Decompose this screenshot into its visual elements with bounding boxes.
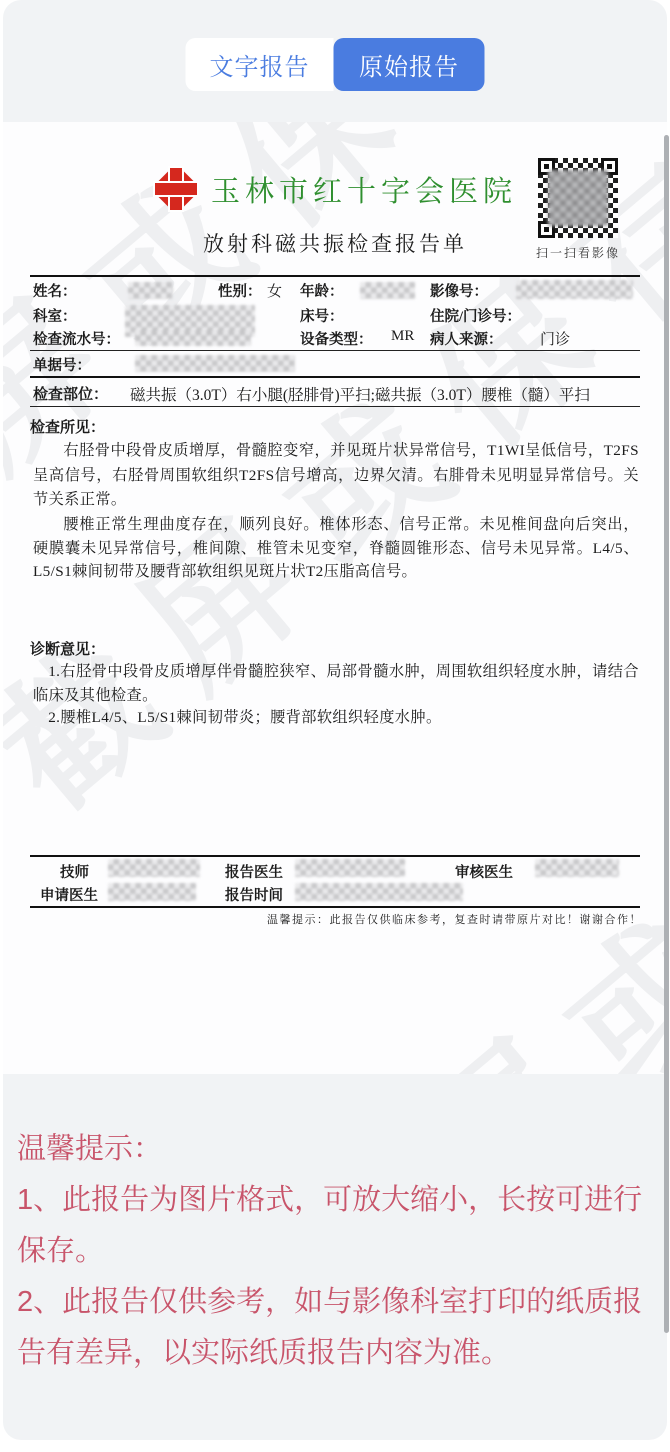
bottom-notice-title: 温馨提示： [17, 1124, 653, 1175]
report-doctor-label: 报告医生 [225, 861, 283, 882]
report-footer-note: 温馨提示：此报告仅供临床参考，复查时请带原片对比！谢谢合作！ [267, 911, 642, 927]
bottom-notice-line: 2、此报告仅供参考，如与影像科室打印的纸质报告有差异，以实际纸质报告内容为准。 [17, 1277, 653, 1379]
report-tabbar: 文字报告 原始报告 [186, 38, 485, 91]
age-label: 年龄： [300, 280, 344, 301]
redacted-value [295, 859, 405, 877]
diagnosis-item: 2.腰椎L4/5、L5/S1棘间韧带炎；腰背部软组织轻度水肿。 [33, 706, 639, 731]
original-report-image[interactable]: 截屏或保存无效 截屏或保存无效 截屏或保存无效 玉林市红十字会医院 放射科磁共振… [3, 122, 667, 1074]
dept-label: 科室： [33, 305, 77, 326]
divider [30, 406, 640, 407]
redacted-value [135, 330, 251, 346]
findings-label: 检查所见： [30, 416, 105, 437]
tab-original-report[interactable]: 原始报告 [334, 38, 485, 91]
redacted-value [535, 859, 619, 877]
redacted-value [108, 859, 200, 877]
findings-paragraph: 右胫骨中段骨皮质增厚，骨髓腔变窄，并见斑片状异常信号，T1WI呈低信号，T2FS… [33, 439, 639, 513]
tab-text-report[interactable]: 文字报告 [186, 38, 334, 91]
redacted-value [128, 282, 173, 299]
patient-source-value: 门诊 [540, 328, 570, 349]
report-card: 文字报告 原始报告 截屏或保存无效 截屏或保存无效 截屏或保存无效 玉林市红十字… [3, 0, 667, 1440]
qr-code [538, 158, 618, 238]
divider [30, 275, 640, 277]
redacted-value [516, 280, 633, 299]
divider [30, 376, 640, 378]
scrollbar[interactable] [664, 135, 669, 1333]
reviewer-label: 审核医生 [455, 861, 513, 882]
image-no-label: 影像号： [430, 280, 488, 301]
redacted-value [548, 170, 608, 226]
device-type-value: MR [391, 328, 414, 345]
exam-part-label: 检查部位： [33, 383, 108, 404]
gender-value: 女 [267, 280, 282, 301]
exam-part-value: 磁共振（3.0T）右小腿(胫腓骨)平扫;磁共振（3.0T）腰椎（髓）平扫 [130, 383, 590, 405]
bottom-notice-line: 1、此报告为图片格式，可放大缩小，长按可进行保存。 [17, 1175, 653, 1277]
redacted-value [108, 883, 196, 901]
requesting-doctor-label: 申请医生 [40, 884, 98, 905]
hospital-name: 玉林市红十字会医院 [211, 169, 517, 210]
divider [30, 350, 640, 351]
serial-no-label: 检查流水号： [33, 328, 120, 349]
bottom-notice: 温馨提示： 1、此报告为图片格式，可放大缩小，长按可进行保存。 2、此报告仅供参… [3, 1124, 667, 1379]
name-label: 姓名： [33, 280, 77, 301]
device-type-label: 设备类型： [300, 328, 373, 349]
gender-label: 性别： [218, 280, 262, 301]
qr-caption: 扫一扫看影像 [520, 244, 636, 261]
diagnosis-item: 1.右胫骨中段骨皮质增厚伴骨髓腔狭窄、局部骨髓水肿，周围软组织轻度水肿，请结合临… [33, 660, 639, 707]
bed-label: 床号： [300, 305, 344, 326]
redacted-value [360, 282, 415, 299]
visit-no-label: 住院/门诊号： [430, 305, 521, 326]
doc-no-label: 单据号： [33, 354, 91, 375]
diagnosis-label: 诊断意见： [30, 638, 105, 659]
red-cross-logo-icon [153, 166, 199, 212]
redacted-value [295, 883, 463, 901]
findings-paragraph: 腰椎正常生理曲度存在，顺列良好。椎体形态、信号正常。未见椎间盘向后突出，硬膜囊未… [33, 513, 639, 584]
divider [30, 855, 640, 857]
divider [30, 906, 640, 908]
redacted-value [135, 355, 295, 372]
technician-label: 技师 [60, 861, 89, 882]
report-time-label: 报告时间 [225, 884, 283, 905]
patient-source-label: 病人来源： [430, 328, 503, 349]
